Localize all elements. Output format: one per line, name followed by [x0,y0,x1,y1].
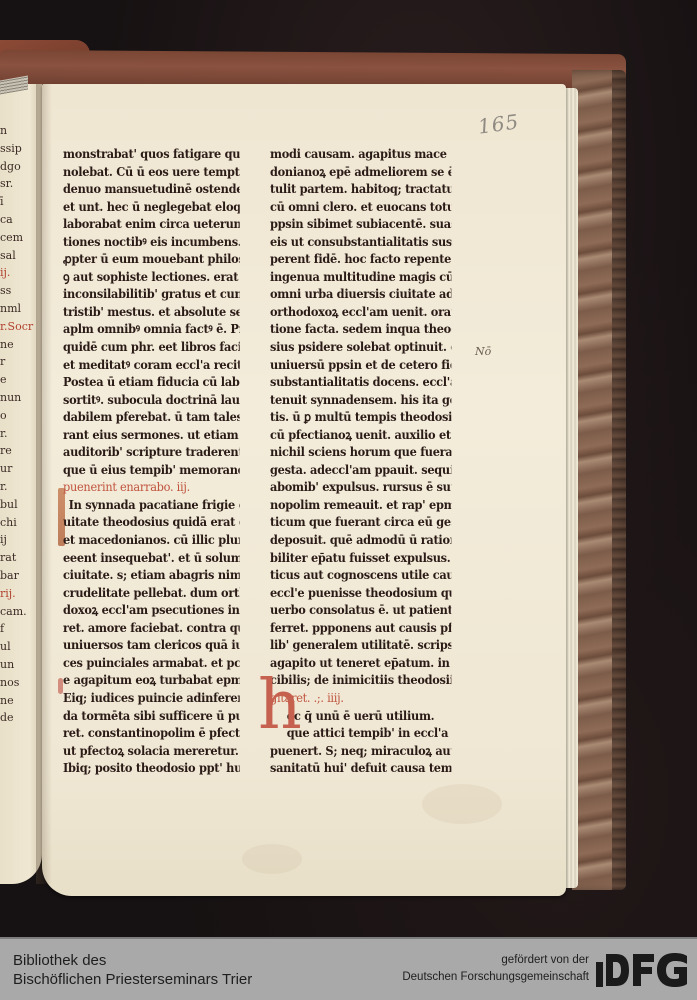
manuscript-line: abomib' expulsus. rursus ē suti [270,479,451,497]
manuscript-line: inconsilabilitib' gratus et cum [63,286,240,304]
manuscript-line: tione facta. sedem inqua theodo [270,321,451,339]
manuscript-line: crudelitate pellebat. dum ortho [63,585,240,603]
manuscript-line: Ibiq; posito theodosio ppt' hui' [63,760,240,778]
manuscript-line: puenerint enarrabo. iij. [63,479,240,497]
manuscript-line: aplm omnibꝰ omnia factꝰ ē. Primo [63,321,240,339]
manuscript-line: ppsin sibimet subiacentē. suasit [270,216,451,234]
funding-credit: gefördert von der Deutschen Forschungsge… [402,952,589,986]
decorated-initial-h: h [258,672,302,740]
manuscript-line: tis. ū ꝑ multū tempis theodosius [270,409,451,427]
manuscript-line: ciuitate. s; etiam abagris nimia [63,567,240,585]
manuscript-line: cū pfectianoꝝ uenit. auxilio et [270,427,451,445]
manuscript-line: lib' generalem utilitatē. scripsit [270,637,451,655]
manuscript-line: nichil sciens horum que fuerant [270,444,451,462]
manuscript-line: sius psidere solebat optinuit. ē [270,339,451,357]
manuscript-line: doxoꝝ eccl'am psecutiones infer [63,602,240,620]
manuscript-line: uerbo consolatus ē. ut patienter [270,602,451,620]
manuscript-line: et unt. hec ū neglegebat eloquii [63,199,240,217]
institution-line-2: Bischöflichen Priesterseminars Trier [13,970,252,989]
manuscript-line: ret. constantinopolim ē pfectus. [63,725,240,743]
manuscript-line: substantialitatis docens. eccl'am [270,374,451,392]
manuscript-line: omni urba diuersis ciuitate ad [270,286,451,304]
manuscript-line: donianoꝝ epē admeliorem se ē [270,164,451,182]
manuscript-line: sanitatū hui' defuit causa tempib'. [270,760,451,778]
manuscript-line: uniuersū ppsin et de cetero fidem ē [270,357,451,375]
manuscript-line: tulit partem. habitoq; tractatu [270,181,451,199]
margin-annotation: Nō [475,345,491,358]
manuscript-line: ut pfectoꝝ solacia mereretur. [63,743,240,761]
manuscript-line: uniuersos tam clericos quā iudi [63,637,240,655]
text-column-left: monstrabat' quos fatigare quidenolebat. … [63,146,253,778]
manuscript-line: ꝯ aut sophiste lectiones. erat enī [63,269,240,287]
manuscript-line: eccl'e puenisse theodosium quidē [270,585,451,603]
funding-line-2: Deutschen Forschungsgemeinschaft [402,969,589,986]
manuscript-line: nolebat. Cū ū eos uere temptasset. [63,164,240,182]
footer-banner: Bibliothek des Bischöflichen Priestersem… [0,937,697,1000]
institution-line-1: Bibliothek des [13,951,252,970]
manuscript-line: ticus aut cognoscens utile causam [270,567,451,585]
manuscript-line: eis ut consubstantialitatis susci [270,234,451,252]
funding-line-1: gefördert von der [402,952,589,969]
manuscript-line: deposuit. quē admodū ū rationa [270,532,451,550]
gutter-shadow [36,84,52,884]
page-stain [422,784,502,824]
manuscript-line: monstrabat' quos fatigare quide [63,146,240,164]
manuscript-line: perent fidē. hoc facto repente cum [270,251,451,269]
manuscript-line: ꝓpter ū eum mouebant philosophi [63,251,240,269]
manuscript-line: ces puinciales armabat. et pcipu [63,655,240,673]
manuscript-line: orthodoxoꝝ eccl'am uenit. oratio [270,304,451,322]
manuscript-line: e agapitum eoꝝ turbabat epm. [63,672,240,690]
manuscript-line: et meditatꝰ coram eccl'a recitabat. [63,357,240,375]
manuscript-line: modi causam. agapitus mace [270,146,451,164]
manuscript-line: Postea ū etiam fiducia cū labore [63,374,240,392]
manuscript-line: auditorib' scripture traderentur. [63,444,240,462]
manuscript-line: In synnada pacatiane frigie ci [63,497,240,515]
manuscript-line: laborabat enim circa ueterum lec [63,216,240,234]
manuscript-viewer: nssipdgosr.īcacemsalij.ssnmlr.Socrnerenu… [0,0,697,937]
manuscript-line: denuo mansuetudinē ostendebat. [63,181,240,199]
manuscript-line: ticum que fuerant circa eū gesta [270,514,451,532]
manuscript-line: eeent insequebat'. et ū solum eos a [63,550,240,568]
manuscript-line: da tormēta sibi sufficere ū putā [63,708,240,726]
manuscript-line: dabilem pferebat. ū tam tales e [63,409,240,427]
manuscript-line: tiones noctibꝰ eis incumbens. Qua [63,234,240,252]
manuscript-line: quidē cum phr. eet libros faciebat. [63,339,240,357]
manuscript-line: biliter ep̄atu fuisset expulsus. At [270,550,451,568]
manuscript-line: ingenua multitudine magis cū [270,269,451,287]
institution-credit: Bibliothek des Bischöflichen Priestersem… [13,951,252,989]
manuscript-line: ferret. ppponens aut causis pfona [270,620,451,638]
dfg-logo-icon [596,953,688,987]
manuscript-line: nopolim remeauit. et rap' epm at [270,497,451,515]
manuscript-line: gesta. adeccl'am ppauit. sequia [270,462,451,480]
manuscript-line: puenert. S; neq; miraculoꝝ aut [270,743,451,761]
manuscript-line: que ū eius tempib' memoranda [63,462,240,480]
manuscript-line: Eiq; iudices puincie adinferen [63,690,240,708]
manuscript-line: sortitꝰ. subocula doctrinā lau [63,392,240,410]
manuscript-line: rant eius sermones. ut etiam ab [63,427,240,445]
manuscript-line: tristib' mestus. et absolute se eī [63,304,240,322]
manuscript-line: et macedonianos. cū illic plures [63,532,240,550]
manuscript-line: cū omni clero. et euocans totum [270,199,451,217]
binding-cover-edge [612,70,626,890]
manuscript-line: uitate theodosius quidā erat epē [63,514,240,532]
page-stain [242,844,302,874]
manuscript-line: ret. amore faciebat. contra quos [63,620,240,638]
manuscript-line: tenuit synnadensem. his ita ges [270,392,451,410]
